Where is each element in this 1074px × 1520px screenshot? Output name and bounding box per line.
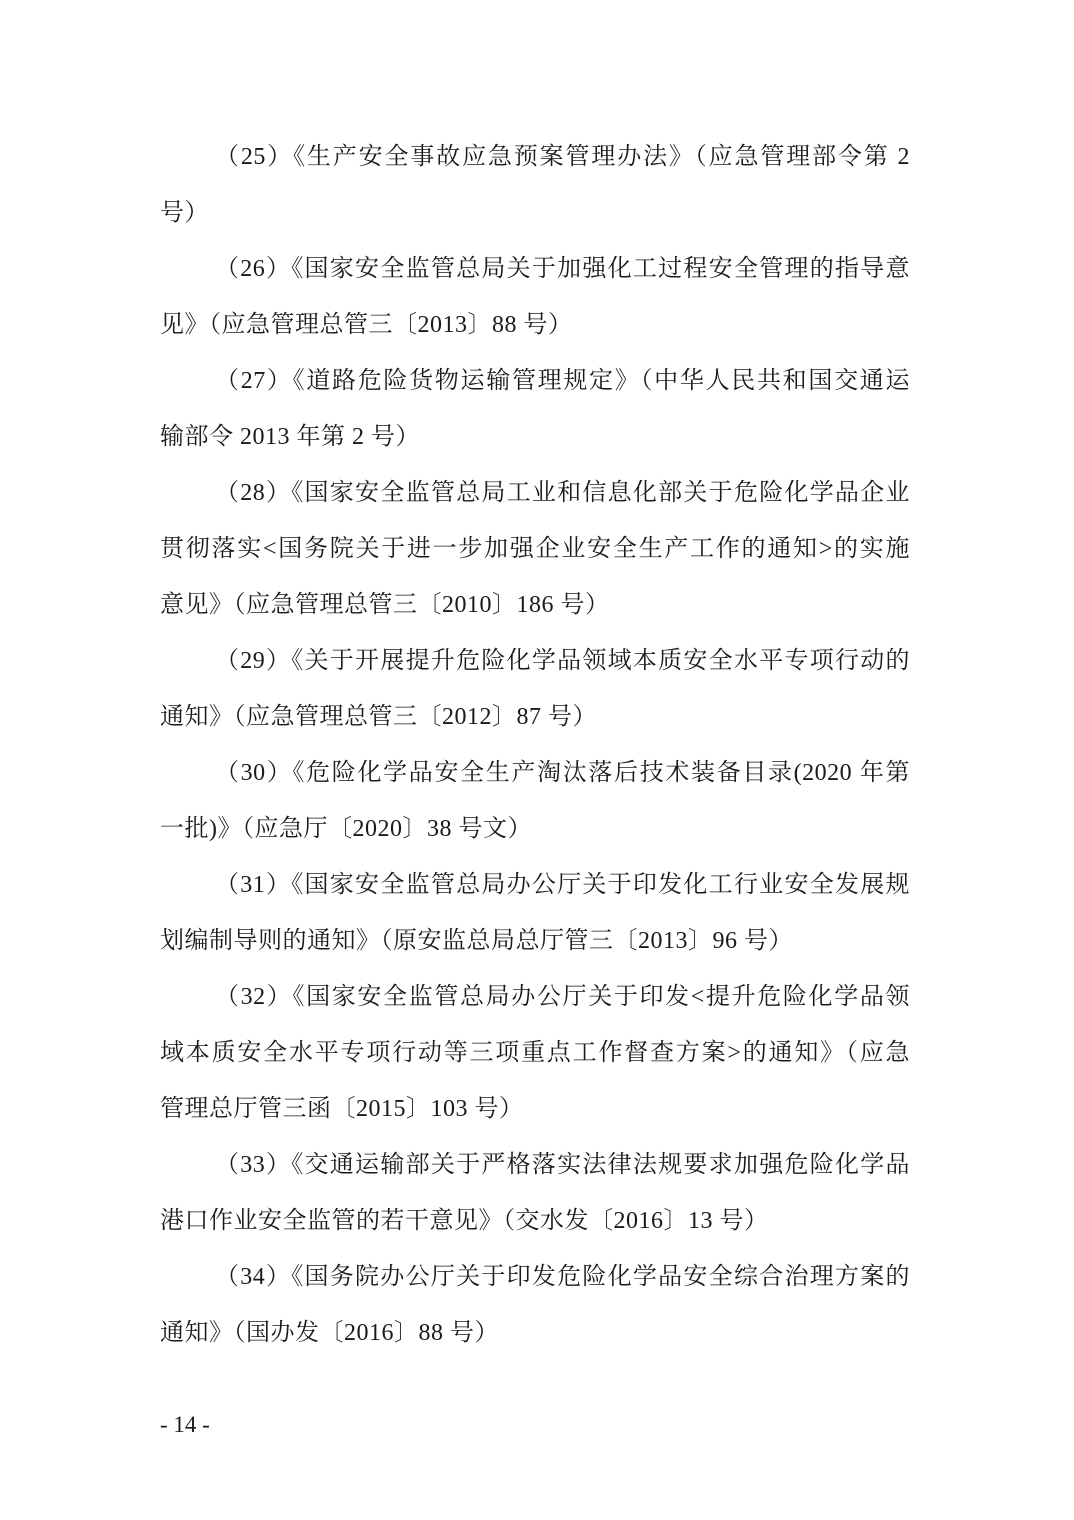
paragraph-item-34: （34）《国务院办公厅关于印发危险化学品安全综合治理方案的通知》（国办发〔201… [160,1249,910,1361]
text-line: 通知》（应急管理总管三〔2012〕87 号） [160,689,910,745]
text-line: 见》（应急管理总管三〔2013〕88 号） [160,297,910,353]
paragraph-item-25: （25）《生产安全事故应急预案管理办法》（应急管理部令第 2号） [160,129,910,241]
text-line: 一批)》（应急厅〔2020〕38 号文） [160,801,910,857]
text-line: （33）《交通运输部关于严格落实法律法规要求加强危险化学品 [160,1137,910,1193]
paragraph-item-31: （31）《国家安全监管总局办公厅关于印发化工行业安全发展规划编制导则的通知》（原… [160,857,910,969]
text-line: 划编制导则的通知》（原安监总局总厅管三〔2013〕96 号） [160,913,910,969]
text-line: 输部令 2013 年第 2 号） [160,409,910,465]
page-footer: - 14 - [160,1410,210,1440]
text-line: （31）《国家安全监管总局办公厅关于印发化工行业安全发展规 [160,857,910,913]
document-page: （25）《生产安全事故应急预案管理办法》（应急管理部令第 2号）（26）《国家安… [0,0,1074,1520]
paragraph-item-33: （33）《交通运输部关于严格落实法律法规要求加强危险化学品港口作业安全监管的若干… [160,1137,910,1249]
text-line: 港口作业安全监管的若干意见》（交水发〔2016〕13 号） [160,1193,910,1249]
text-line: 管理总厅管三函〔2015〕103 号） [160,1081,910,1137]
page-number: - 14 - [160,1412,210,1437]
text-line: 意见》（应急管理总管三〔2010〕186 号） [160,577,910,633]
text-line: 域本质安全水平专项行动等三项重点工作督查方案>的通知》（应急 [160,1025,910,1081]
text-line: （32）《国家安全监管总局办公厅关于印发<提升危险化学品领 [160,969,910,1025]
paragraph-item-27: （27）《道路危险货物运输管理规定》（中华人民共和国交通运输部令 2013 年第… [160,353,910,465]
text-line: （27）《道路危险货物运输管理规定》（中华人民共和国交通运 [160,353,910,409]
text-line: （29）《关于开展提升危险化学品领域本质安全水平专项行动的 [160,633,910,689]
text-line: （25）《生产安全事故应急预案管理办法》（应急管理部令第 2 [160,129,910,185]
text-line: 贯彻落实<国务院关于进一步加强企业安全生产工作的通知>的实施 [160,521,910,577]
document-body: （25）《生产安全事故应急预案管理办法》（应急管理部令第 2号）（26）《国家安… [160,129,910,1361]
text-line: （28）《国家安全监管总局工业和信息化部关于危险化学品企业 [160,465,910,521]
text-line: 通知》（国办发〔2016〕88 号） [160,1305,910,1361]
text-line: （34）《国务院办公厅关于印发危险化学品安全综合治理方案的 [160,1249,910,1305]
paragraph-item-32: （32）《国家安全监管总局办公厅关于印发<提升危险化学品领域本质安全水平专项行动… [160,969,910,1137]
paragraph-item-26: （26）《国家安全监管总局关于加强化工过程安全管理的指导意见》（应急管理总管三〔… [160,241,910,353]
paragraph-item-30: （30）《危险化学品安全生产淘汰落后技术装备目录(2020 年第一批)》（应急厅… [160,745,910,857]
text-line: （26）《国家安全监管总局关于加强化工过程安全管理的指导意 [160,241,910,297]
text-line: 号） [160,185,910,241]
text-line: （30）《危险化学品安全生产淘汰落后技术装备目录(2020 年第 [160,745,910,801]
paragraph-item-28: （28）《国家安全监管总局工业和信息化部关于危险化学品企业贯彻落实<国务院关于进… [160,465,910,633]
paragraph-item-29: （29）《关于开展提升危险化学品领域本质安全水平专项行动的通知》（应急管理总管三… [160,633,910,745]
